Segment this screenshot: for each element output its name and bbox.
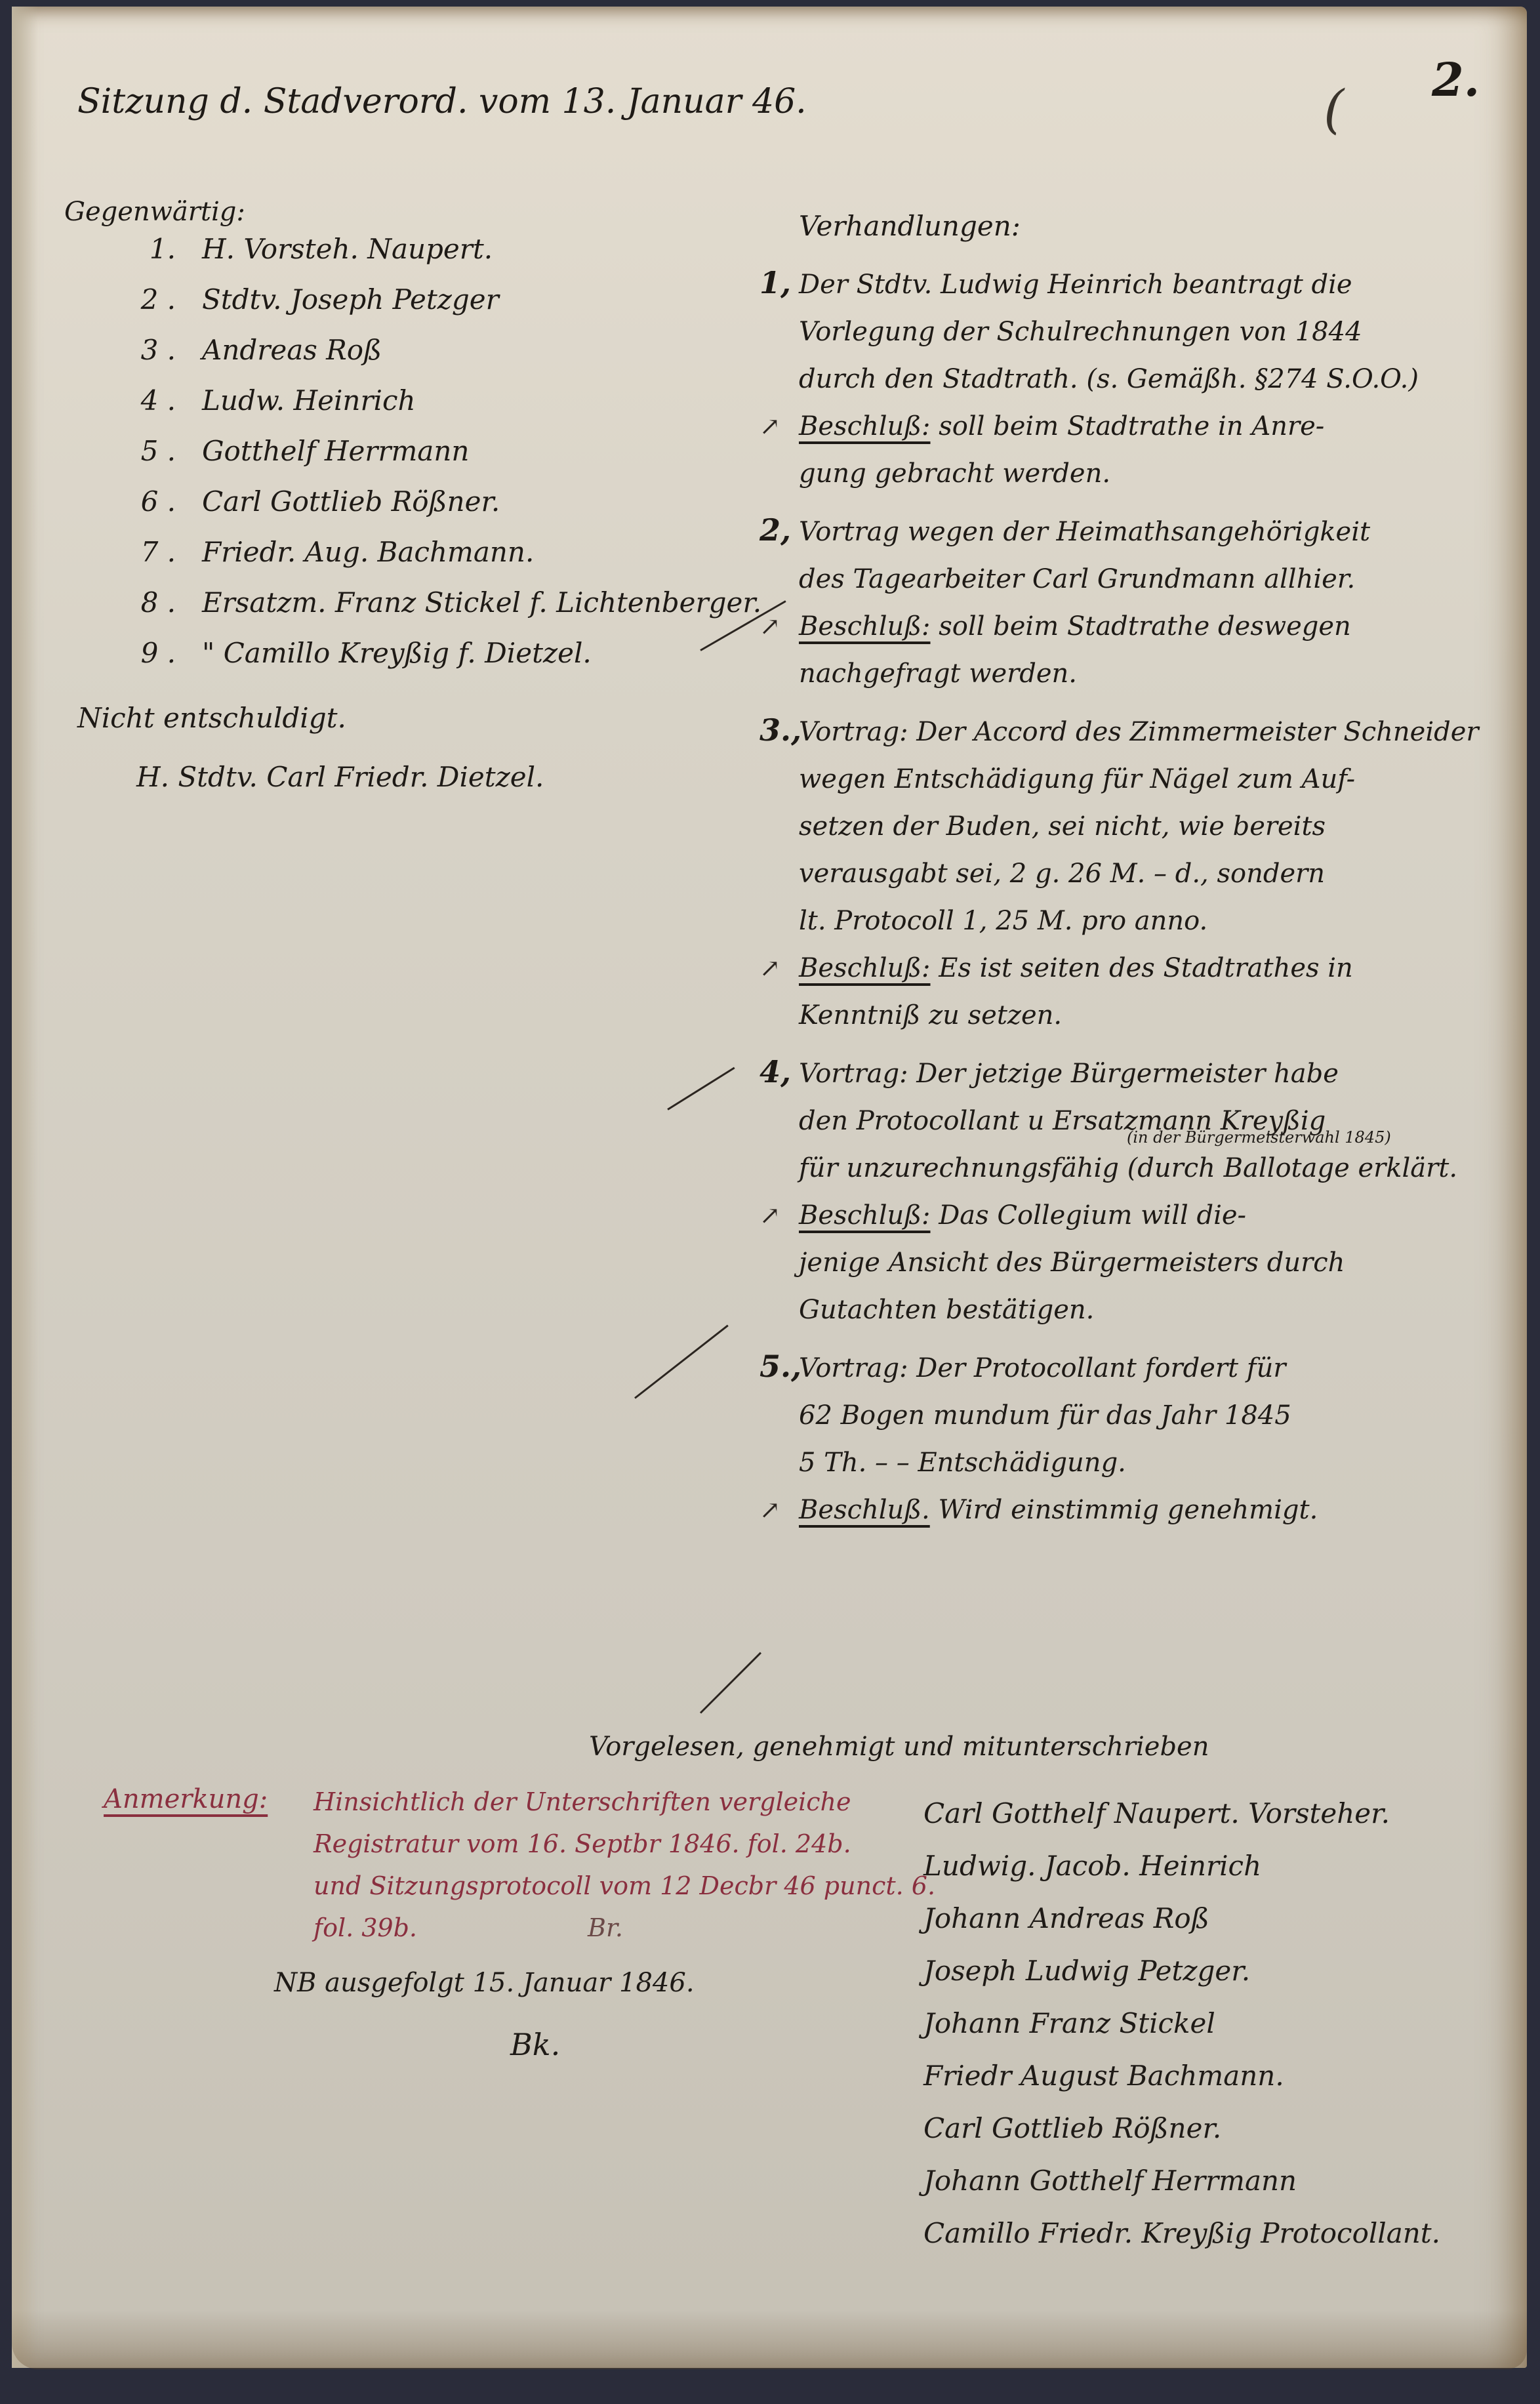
agenda-item-1: 1,Der Stdtv. Ludwig Heinrich beantragt d…: [760, 259, 1514, 497]
interlinear-insertion: (in der Bürgermeisterwahl 1845): [1127, 1128, 1391, 1147]
present-heading: Gegenwärtig:: [64, 197, 245, 227]
member-row: 8 .Ersatzm. Franz Stickel f. Lichtenberg…: [130, 586, 761, 637]
item-text-line: Der Stdtv. Ludwig Heinrich beantragt die: [799, 270, 1352, 300]
resolution-text: Gutachten bestätigen.: [760, 1286, 1514, 1334]
member-name: Carl Gottlieb Rößner.: [202, 485, 500, 536]
resolution-label: Beschluß:: [799, 1200, 931, 1231]
proceedings-heading: Verhandlungen:: [799, 210, 1021, 242]
signatures-list: Carl Gotthelf Naupert. Vorsteher. Ludwig…: [923, 1787, 1440, 2260]
item-text-line: durch den Stadtrath. (s. Gemäßh. §274 S.…: [760, 356, 1514, 403]
member-name: Ersatzm. Franz Stickel f. Lichtenberger.: [202, 586, 761, 637]
item-number: 4,: [760, 1048, 799, 1095]
resolution-text: Wird einstimmig genehmigt.: [938, 1495, 1318, 1525]
clerk-initials: Bk.: [510, 2027, 560, 2062]
item-text-line: Vortrag: Der Protocollant fordert für: [799, 1353, 1286, 1383]
item-number: 3.,: [760, 706, 799, 754]
item-text-line: 5 Th. – – Entschädigung.: [760, 1439, 1514, 1486]
item-text-line-with-insertion: (in der Bürgermeisterwahl 1845) für unzu…: [760, 1145, 1514, 1192]
item-text-line: des Tagearbeiter Carl Grundmann allhier.: [760, 556, 1514, 603]
margin-arrow-line: [634, 1324, 729, 1398]
member-number: 1.: [130, 233, 176, 283]
resolution-label: Beschluß.: [799, 1495, 930, 1525]
member-name: Stdtv. Joseph Petzger: [202, 283, 499, 334]
annotation-folio: fol. 39b.: [314, 1913, 417, 1942]
member-name: H. Vorsteh. Naupert.: [202, 233, 493, 283]
item-number: 5.,: [760, 1343, 799, 1390]
margin-arrow-line: [667, 1067, 735, 1110]
nb-note: NB ausgefolgt 15. Januar 1846.: [274, 1968, 695, 1998]
resolution-text: soll beim Stadtrathe deswegen: [939, 611, 1351, 642]
agenda-item-3: 3.,Vortrag: Der Accord des Zimmermeister…: [760, 706, 1514, 1039]
resolution-text: Das Collegium will die-: [939, 1200, 1246, 1231]
signature: Johann Gotthelf Herrmann: [923, 2155, 1440, 2207]
signature: Friedr August Bachmann.: [923, 2050, 1440, 2102]
page-title: Sitzung d. Stadverord. vom 13. Januar 46…: [77, 82, 807, 121]
signature: Carl Gotthelf Naupert. Vorsteher.: [923, 1787, 1440, 1840]
margin-arrow-icon: ↗: [760, 1192, 799, 1239]
item-text-line: verausgabt sei, 2 g. 26 M. – d., sondern: [760, 850, 1514, 897]
resolution-text: soll beim Stadtrathe in Anre-: [939, 411, 1324, 441]
member-row: 1.H. Vorsteh. Naupert.: [130, 233, 761, 283]
signature: Johann Franz Stickel: [923, 1997, 1440, 2050]
item-text-line: Vortrag: Der jetzige Bürgermeister habe: [799, 1059, 1339, 1089]
signature: Johann Andreas Roß: [923, 1892, 1440, 1945]
resolution-text: nachgefragt werden.: [760, 650, 1514, 697]
item-text-line: Vorlegung der Schulrechnungen von 1844: [760, 308, 1514, 356]
annotation-line: Hinsichtlich der Unterschriften vergleic…: [314, 1781, 935, 1823]
resolution-label: Beschluß:: [799, 411, 931, 441]
annotation-label: Anmerkung:: [104, 1784, 268, 1814]
member-number: 5 .: [130, 435, 176, 485]
page-number: 2.: [1432, 52, 1480, 107]
member-row: 2 .Stdtv. Joseph Petzger: [130, 283, 761, 334]
item-text-line: Vortrag wegen der Heimathsangehörigkeit: [799, 517, 1370, 547]
proceedings-list: 1,Der Stdtv. Ludwig Heinrich beantragt d…: [760, 259, 1514, 1543]
signature: Ludwig. Jacob. Heinrich: [923, 1840, 1440, 1892]
absent-heading: Nicht entschuldigt.: [77, 702, 346, 734]
member-name: Friedr. Aug. Bachmann.: [202, 536, 534, 586]
item-text-line: für unzurechnungsfähig (durch Ballotage …: [799, 1153, 1457, 1183]
member-name: Ludw. Heinrich: [202, 384, 416, 435]
annotation-line: Registratur vom 16. Septbr 1846. fol. 24…: [314, 1823, 935, 1865]
agenda-item-2: 2,Vortrag wegen der Heimathsangehörigkei…: [760, 506, 1514, 697]
annotation-line: und Sitzungsprotocoll vom 12 Decbr 46 pu…: [314, 1865, 935, 1907]
annotation-text: Hinsichtlich der Unterschriften vergleic…: [314, 1781, 935, 1949]
margin-arrow-icon: ↗: [760, 945, 799, 992]
item-text-line: wegen Entschädigung für Nägel zum Auf-: [760, 756, 1514, 803]
item-text-line: lt. Protocoll 1, 25 M. pro anno.: [760, 897, 1514, 945]
margin-arrow-icon: ↗: [760, 403, 799, 450]
member-name: " Camillo Kreyßig f. Dietzel.: [202, 637, 592, 687]
member-row: 7 .Friedr. Aug. Bachmann.: [130, 536, 761, 586]
item-text-line: 62 Bogen mundum für das Jahr 1845: [760, 1392, 1514, 1439]
annotation-initial-mark: Br.: [588, 1913, 623, 1942]
signature: Joseph Ludwig Petzger.: [923, 1945, 1440, 1997]
title-text: Sitzung d. Stadverord. vom 13. Januar 46…: [77, 82, 807, 121]
margin-bracket-mark: (: [1324, 79, 1344, 140]
resolution-label: Beschluß:: [799, 953, 931, 983]
item-number: 1,: [760, 259, 799, 306]
member-row: 6 .Carl Gottlieb Rößner.: [130, 485, 761, 536]
resolution-text: gung gebracht werden.: [760, 450, 1514, 497]
item-text-line: Vortrag: Der Accord des Zimmermeister Sc…: [799, 717, 1479, 747]
item-number: 2,: [760, 506, 799, 554]
signature: Carl Gottlieb Rößner.: [923, 2102, 1440, 2155]
member-name: Gotthelf Herrmann: [202, 435, 469, 485]
margin-arrow-icon: ↗: [760, 1486, 799, 1534]
member-row: 4 .Ludw. Heinrich: [130, 384, 761, 435]
member-row: 9 ." Camillo Kreyßig f. Dietzel.: [130, 637, 761, 687]
member-name: Andreas Roß: [202, 334, 382, 384]
agenda-item-5: 5.,Vortrag: Der Protocollant fordert für…: [760, 1343, 1514, 1534]
member-number: 4 .: [130, 384, 176, 435]
member-number: 8 .: [130, 586, 176, 637]
annotation-line: fol. 39b.Br.: [314, 1907, 935, 1949]
member-number: 6 .: [130, 485, 176, 536]
resolution-text: jenige Ansicht des Bürgermeisters durch: [760, 1239, 1514, 1286]
resolution-label: Beschluß:: [799, 611, 931, 642]
manuscript-page: ( 2. Sitzung d. Stadverord. vom 13. Janu…: [12, 7, 1527, 2368]
present-members-list: 1.H. Vorsteh. Naupert. 2 .Stdtv. Joseph …: [130, 233, 761, 687]
resolution-text: Es ist seiten des Stadtrathes in: [939, 953, 1353, 983]
member-number: 3 .: [130, 334, 176, 384]
member-number: 2 .: [130, 283, 176, 334]
margin-arrow-icon: ↗: [760, 603, 799, 650]
member-number: 7 .: [130, 536, 176, 586]
agenda-item-4: 4,Vortrag: Der jetzige Bürgermeister hab…: [760, 1048, 1514, 1334]
item-text-line: setzen der Buden, sei nicht, wie bereits: [760, 803, 1514, 850]
member-row: 3 .Andreas Roß: [130, 334, 761, 384]
member-row: 5 .Gotthelf Herrmann: [130, 435, 761, 485]
signature: Camillo Friedr. Kreyßig Protocollant.: [923, 2207, 1440, 2260]
closing-statement: Vorgelesen, genehmigt und mitunterschrie…: [589, 1732, 1209, 1762]
margin-arrow-line: [700, 1652, 761, 1714]
resolution-text: Kenntniß zu setzen.: [760, 992, 1514, 1039]
absent-member: H. Stdtv. Carl Friedr. Dietzel.: [136, 761, 544, 793]
member-number: 9 .: [130, 637, 176, 687]
